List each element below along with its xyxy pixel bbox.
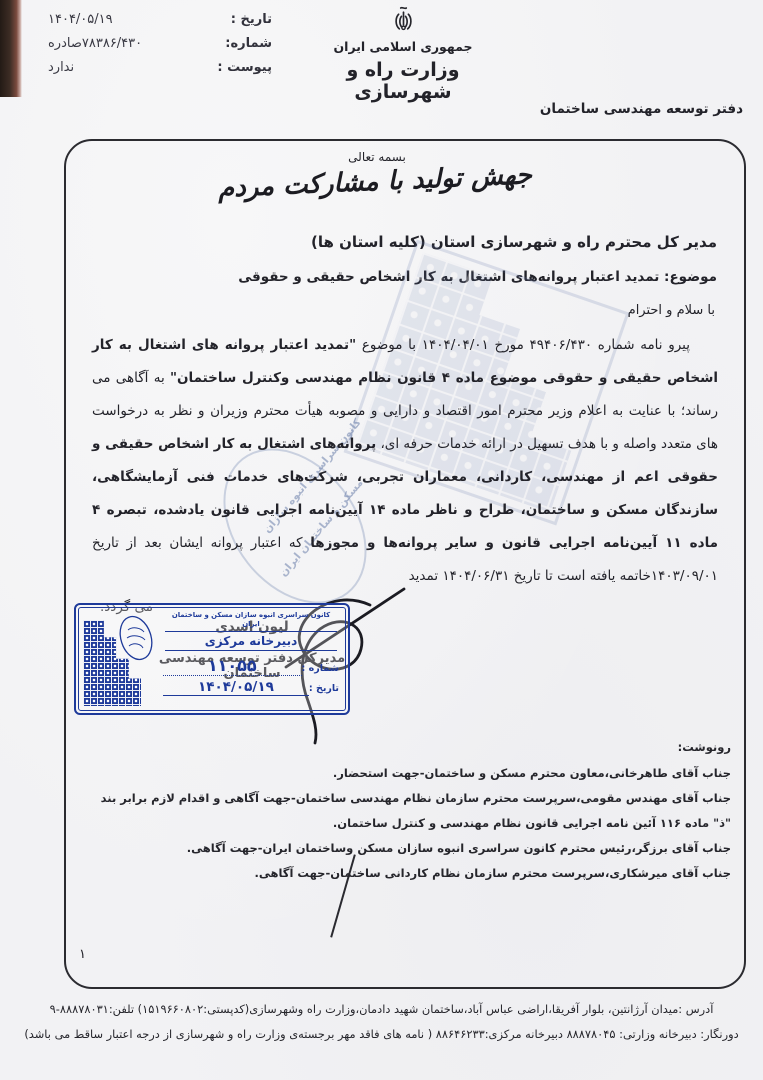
country-title: جمهوری اسلامی ایران (323, 39, 483, 54)
letter-body: پیرو نامه شماره ۴۹۴۰۶/۴۳۰ مورخ ۱۴۰۴/۰۴/۰… (92, 329, 718, 615)
stamp-date-label: تاریخ : (309, 683, 339, 694)
ministry-title: وزارت راه و شهرسازی (323, 59, 483, 103)
cc-list: جناب آقای طاهرخانی،معاون محترم مسکن و سا… (96, 761, 731, 886)
meta-row: شماره:۷۸۳۸۶/۴۳۰صادره (48, 36, 272, 51)
stamp-org-name: کانون سراسری انبوه سازان مسکن و ساختمان … (163, 611, 339, 629)
meta-value: ندارد (48, 60, 74, 75)
footer-address-line: آدرس :میدان آرژانتین، بلوار آفریقا،اراضی… (8, 997, 755, 1022)
cc-section: رونوشت: جناب آقای طاهرخانی،معاون محترم م… (96, 735, 731, 886)
iran-emblem-icon (391, 5, 416, 36)
letterhead-center: جمهوری اسلامی ایران وزارت راه و شهرسازی (323, 5, 483, 103)
stamp-date-value: ۱۴۰۴/۰۵/۱۹ (163, 679, 309, 696)
footer-fax-line: دورنگار: دبیرخانه وزارتی: ۸۸۸۷۸۰۴۵ دبیرخ… (8, 1022, 755, 1047)
cc-title: رونوشت: (96, 735, 731, 760)
meta-value: ۷۸۳۸۶/۴۳۰صادره (48, 36, 142, 51)
meta-row: تاریخ :۱۴۰۴/۰۵/۱۹ (48, 12, 272, 27)
meta-rows: تاریخ :۱۴۰۴/۰۵/۱۹شماره:۷۸۳۸۶/۴۳۰صادرهپیو… (48, 12, 272, 75)
meta-label: شماره: (225, 36, 272, 51)
meta-label: تاریخ : (231, 12, 272, 27)
meta-value: ۱۴۰۴/۰۵/۱۹ (48, 12, 113, 27)
body-segment: پیرو نامه شماره ۴۹۴۰۶/۴۳۰ مورخ ۱۴۰۴/۰۴/۰… (356, 337, 690, 353)
meta-row: پیوست :ندارد (48, 60, 272, 75)
salutation-line: با سلام و احترام (628, 303, 715, 318)
stamp-number-value: ۱۱۰۵۵ (163, 656, 302, 676)
massbuilders-logo-icon (79, 608, 159, 710)
meta-label: پیوست : (217, 60, 272, 75)
scanned-letter-page: { "letterhead": { "meta": [ {"label": "ت… (0, 0, 763, 1080)
cc-item: جناب آقای طاهرخانی،معاون محترم مسکن و سا… (96, 761, 731, 786)
office-title: دفتر توسعه مهندسی ساختمان (540, 101, 743, 117)
body-segment: پروانه‌های اشتغال به کار اشخاص حقیقی و ح… (92, 436, 718, 551)
letter-frame: بسمه تعالی جهش تولید با مشارکت مردم مدیر… (64, 139, 746, 989)
body-paragraph: پیرو نامه شماره ۴۹۴۰۶/۴۳۰ مورخ ۱۴۰۴/۰۴/۰… (92, 329, 718, 593)
stamp-secretariat: دبیرخانه مرکزی (163, 634, 339, 648)
cc-item: جناب آقای میرشکاری،سرپرست محترم سازمان ن… (96, 861, 731, 886)
scan-edge-artifact (0, 0, 22, 97)
letterhead-meta: تاریخ :۱۴۰۴/۰۵/۱۹شماره:۷۸۳۸۶/۴۳۰صادرهپیو… (48, 12, 272, 84)
secretariat-stamp: کانون سراسری انبوه سازان مسکن و ساختمان … (74, 603, 350, 715)
cc-item: جناب آقای برزگر،رئیس محترم کانون سراسری … (96, 836, 731, 861)
stamp-number-label: شماره : (302, 663, 339, 674)
recipient-line: مدیر کل محترم راه و شهرسازی استان (کلیه … (311, 233, 717, 251)
cc-item: جناب آقای مهندس مقومی،سرپرست محترم سازما… (96, 786, 731, 836)
page-number: ۱ (79, 947, 86, 962)
footer-contact: آدرس :میدان آرژانتین، بلوار آفریقا،اراضی… (8, 997, 755, 1046)
